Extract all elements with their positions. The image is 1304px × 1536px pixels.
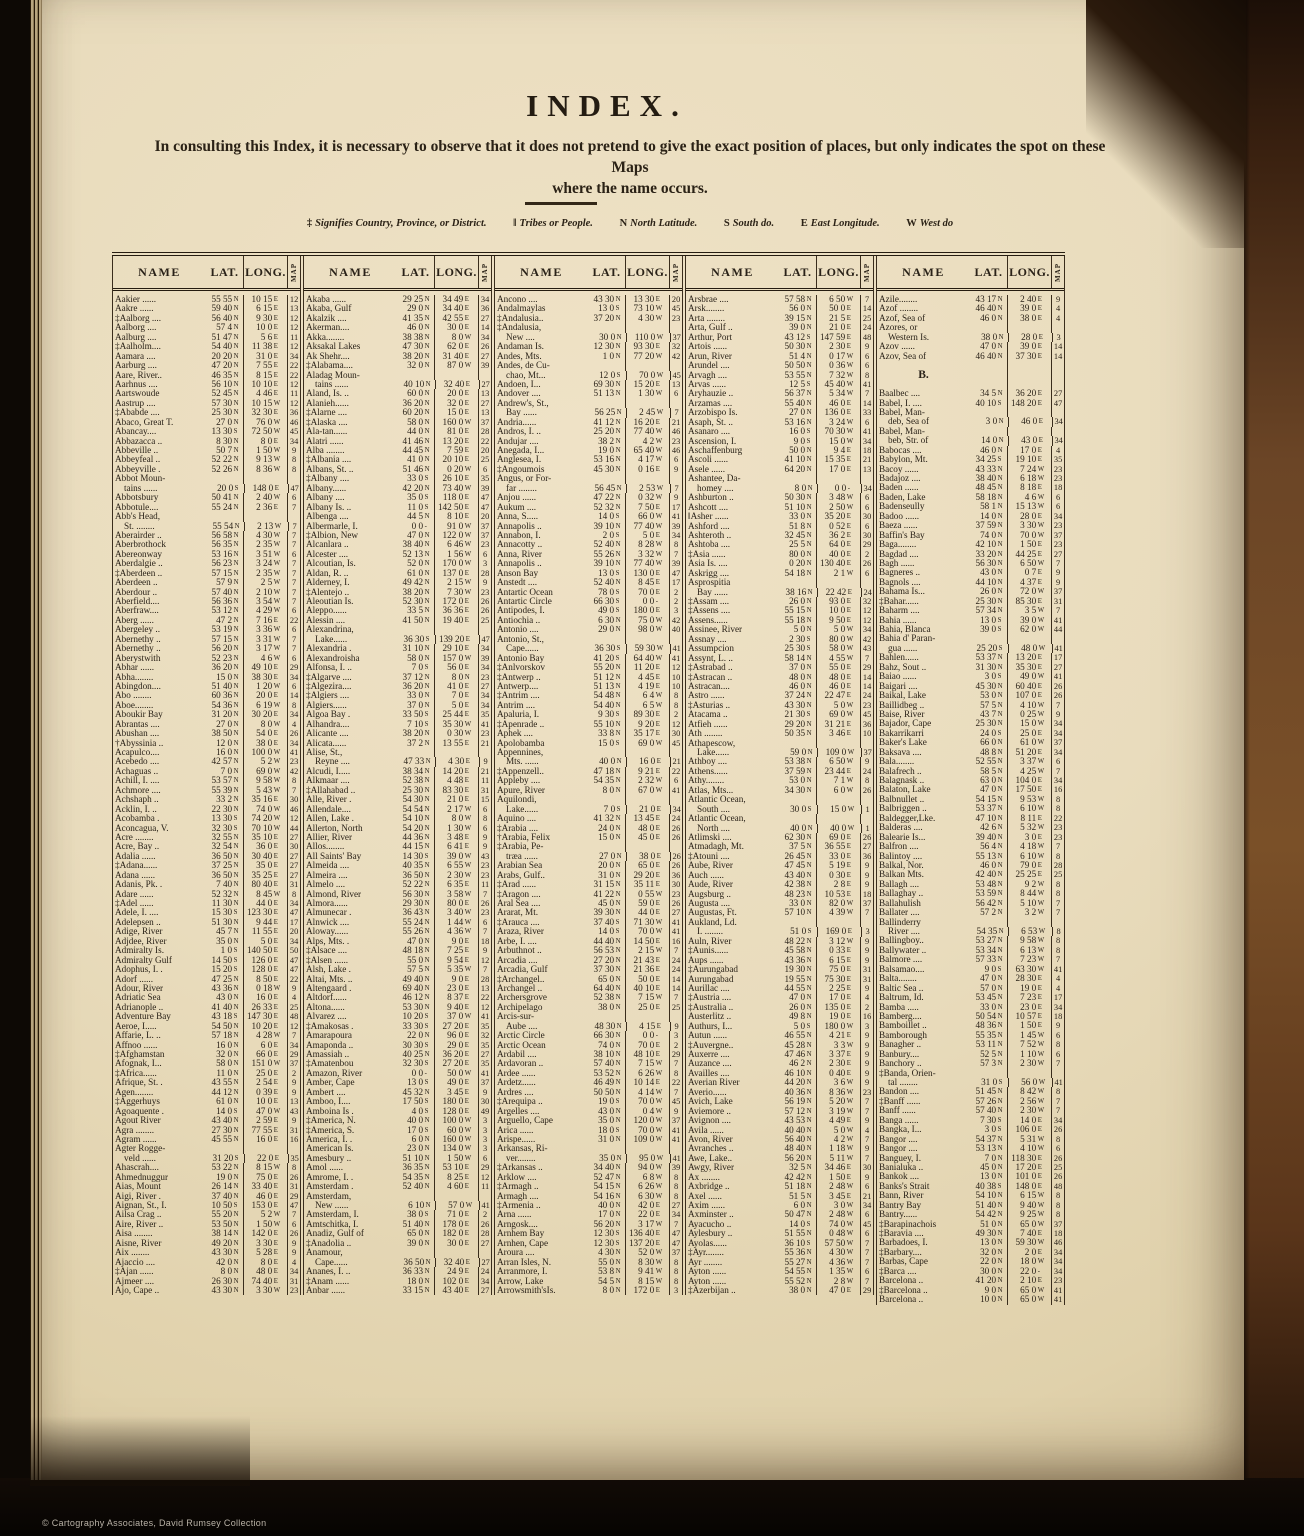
long-hemisphere: W — [463, 1069, 478, 1078]
map-number: 26 — [1051, 1172, 1064, 1181]
long-hemisphere: W — [1036, 1097, 1051, 1106]
long-hemisphere: E — [1036, 483, 1051, 492]
lat-hemisphere: S — [805, 333, 816, 342]
long-hemisphere: W — [272, 559, 287, 568]
map-number: 8 — [669, 540, 682, 549]
long-hemisphere: W — [272, 1220, 287, 1229]
long-hemisphere: W — [1036, 1295, 1051, 1304]
map-number: 25 — [287, 1003, 300, 1012]
map-number: 34 — [287, 710, 300, 719]
map-number: 11 — [287, 333, 300, 342]
map-number: 21 — [478, 767, 491, 776]
longitude: 15 0W — [817, 805, 861, 814]
long-hemisphere: E — [272, 691, 287, 700]
place-name: Arrowsmith'sIs. — [495, 1286, 588, 1295]
map-number: 2 — [669, 710, 682, 719]
map-number: 7 — [478, 890, 491, 899]
lat-hemisphere: N — [996, 1220, 1007, 1229]
map-number: 6 — [860, 1182, 873, 1191]
map-number: 27 — [669, 908, 682, 917]
map-number: 8 — [860, 371, 873, 380]
map-number: 9 — [1051, 578, 1064, 587]
lat-hemisphere: S — [233, 484, 244, 493]
lat-hemisphere: N — [423, 691, 434, 700]
long-hemisphere: E — [463, 1097, 478, 1106]
long-hemisphere: E — [463, 304, 478, 313]
long-value: 37 30 — [1008, 352, 1036, 361]
lat-hemisphere: N — [805, 1088, 816, 1097]
long-hemisphere: E — [1036, 748, 1051, 757]
long-hemisphere: W — [1036, 804, 1051, 813]
lat-hemisphere: S — [614, 512, 625, 521]
lat-hemisphere: N — [423, 767, 434, 776]
lat-hemisphere: N — [805, 776, 816, 785]
long-hemisphere: E — [845, 512, 860, 521]
long-value: 4 30 — [626, 314, 654, 323]
long-hemisphere: E — [654, 380, 669, 389]
long-value: 77 20 — [626, 352, 654, 361]
long-value: 25 0 — [626, 1003, 654, 1012]
map-number: 16 — [287, 1135, 300, 1144]
lat-hemisphere: N — [996, 1238, 1007, 1247]
long-hemisphere: E — [845, 522, 860, 531]
map-number: 7 — [669, 1059, 682, 1068]
long-hemisphere: W — [654, 389, 669, 398]
long-hemisphere: E — [1036, 1248, 1051, 1257]
long-hemisphere: W — [654, 493, 669, 502]
lat-hemisphere: N — [423, 427, 434, 436]
map-number: 13 — [478, 408, 491, 417]
lat-hemisphere: S — [424, 635, 435, 644]
long-hemisphere: E — [463, 474, 478, 483]
long-hemisphere: W — [845, 1078, 860, 1087]
lat-hemisphere: N — [614, 673, 625, 682]
map-number: 7 — [1051, 1059, 1064, 1068]
lat-hemisphere: N — [423, 323, 434, 332]
long-hemisphere: E — [1036, 1116, 1051, 1125]
lat-hemisphere: N — [996, 559, 1007, 568]
long-hemisphere: E — [845, 333, 860, 342]
map-number: 6 — [287, 493, 300, 502]
lat-value: 64 20 — [779, 465, 805, 474]
intro-text: In consulting this Index, it is necessar… — [140, 136, 1120, 199]
lat-hemisphere: N — [805, 946, 816, 955]
long-hemisphere: E — [272, 1116, 287, 1125]
long-hemisphere: W — [463, 333, 478, 342]
lat-value: 38 0 — [588, 1003, 614, 1012]
long-hemisphere: E — [1036, 1229, 1051, 1238]
lat-hemisphere — [232, 1144, 243, 1153]
map-number: 7 — [288, 522, 300, 531]
lat-hemisphere: N — [805, 559, 816, 568]
map-number: 37 — [478, 522, 491, 531]
lat-hemisphere: N — [232, 918, 243, 927]
lat-hemisphere: N — [614, 691, 625, 700]
map-number: 41 — [1052, 1078, 1064, 1087]
lat-hemisphere: N — [232, 399, 243, 408]
long-hemisphere: E — [845, 597, 860, 606]
map-number: 23 — [478, 588, 491, 597]
lat-hemisphere: N — [805, 975, 816, 984]
map-number: 2 — [478, 1210, 491, 1219]
map-number: 41 — [1051, 672, 1064, 681]
long-hemisphere: W — [1036, 1191, 1051, 1200]
long-value: 2 36 — [244, 503, 272, 512]
map-number: 23 — [669, 314, 682, 323]
map-number: 41 — [860, 427, 873, 436]
lat-hemisphere: N — [614, 1267, 625, 1276]
long-hemisphere: W — [1036, 1144, 1051, 1153]
lat-hemisphere: N — [805, 767, 816, 776]
lat-hemisphere: N — [805, 1031, 816, 1040]
map-number: 34 — [1051, 776, 1064, 785]
map-number: 8 — [1051, 804, 1064, 813]
long-hemisphere: W — [845, 361, 860, 370]
long-hemisphere: W — [1037, 927, 1052, 936]
header-lat: LAT. — [206, 265, 243, 280]
long-hemisphere: W — [845, 654, 860, 663]
map-number: 47 — [479, 635, 491, 644]
long-hemisphere: E — [272, 1022, 287, 1031]
map-number: 14 — [860, 682, 873, 691]
map-number: 23 — [1051, 540, 1064, 549]
map-number: 24 — [669, 814, 682, 823]
lat-hemisphere: N — [996, 946, 1007, 955]
longitude: 45 0E — [625, 833, 669, 842]
lat-hemisphere: N — [232, 880, 243, 889]
map-number — [1051, 918, 1064, 927]
map-number: 8 — [287, 776, 300, 785]
map-number — [1051, 323, 1064, 332]
lat-hemisphere: N — [423, 984, 434, 993]
lat-value: 43 30 — [206, 1286, 232, 1295]
long-value: 172 0 — [626, 1286, 654, 1295]
map-number: 36 — [669, 871, 682, 880]
long-hemisphere: W — [1036, 587, 1051, 596]
long-hemisphere — [654, 842, 669, 851]
lat-value: 46 40 — [970, 352, 996, 361]
map-number: 12 — [287, 814, 300, 823]
lat-hemisphere: N — [996, 748, 1007, 757]
lat-hemisphere: N — [996, 531, 1007, 540]
lat-hemisphere: N — [614, 295, 625, 304]
header-long: LONG. — [243, 256, 287, 288]
lat-hemisphere: N — [232, 418, 243, 427]
map-number: 41 — [669, 512, 682, 521]
map-number: 8 — [1051, 880, 1064, 889]
lat-hemisphere — [614, 1012, 625, 1021]
lat-value: 37 20 — [588, 314, 614, 323]
lat-value: 15 0 — [588, 833, 614, 842]
lat-hemisphere: N — [232, 333, 243, 342]
map-number: 26 — [478, 342, 491, 351]
lat-hemisphere: N — [614, 899, 625, 908]
map-number: 32 — [478, 1031, 491, 1040]
long-hemisphere: W — [1036, 1135, 1051, 1144]
lat-hemisphere: N — [232, 465, 243, 474]
map-number: 48 — [1051, 1182, 1064, 1191]
lat-hemisphere: S — [423, 474, 434, 483]
map-number: 9 — [478, 842, 491, 851]
map-number: 34 — [1051, 748, 1064, 757]
map-number: 45 — [669, 1097, 682, 1106]
lat-hemisphere — [232, 474, 243, 483]
long-hemisphere: W — [654, 427, 669, 436]
map-number: 3 — [478, 1126, 491, 1135]
lat-hemisphere: N — [805, 880, 816, 889]
map-number: 23 — [1051, 465, 1064, 474]
map-number: 22 — [1051, 814, 1064, 823]
map-number: 8 — [287, 890, 300, 899]
map-number: 47 — [669, 1239, 682, 1248]
lat-hemisphere: N — [423, 361, 434, 370]
lat-hemisphere: N — [614, 446, 625, 455]
lat-hemisphere: N — [232, 984, 243, 993]
long-hemisphere: E — [463, 701, 478, 710]
latitude: 37 20N — [588, 314, 625, 323]
lat-hemisphere: S — [615, 805, 626, 814]
map-number: 31 — [860, 965, 873, 974]
lat-hemisphere: N — [232, 588, 243, 597]
map-number: 31 — [860, 975, 873, 984]
lat-hemisphere: N — [424, 757, 435, 766]
map-number — [860, 739, 873, 748]
long-hemisphere: W — [654, 927, 669, 936]
long-hemisphere: W — [1036, 1106, 1051, 1115]
map-number: 8 — [669, 1267, 682, 1276]
map-number: 13 — [478, 984, 491, 993]
map-number: 10 — [860, 729, 873, 738]
lat-hemisphere: S — [805, 635, 816, 644]
map-number: 6 — [1051, 493, 1064, 502]
longitude: 2 30W — [1007, 1059, 1051, 1068]
lat-value: 55 24 — [206, 503, 232, 512]
long-hemisphere: W — [845, 1201, 860, 1210]
map-number: 11 — [478, 776, 491, 785]
map-number: 35 — [288, 1154, 300, 1163]
lat-hemisphere: S — [996, 965, 1007, 974]
lat-hemisphere: N — [805, 654, 816, 663]
lat-hemisphere: N — [232, 701, 243, 710]
long-value: 1 30 — [626, 389, 654, 398]
lat-hemisphere: S — [423, 493, 434, 502]
map-number — [478, 1248, 491, 1257]
map-number: 22 — [287, 371, 300, 380]
long-hemisphere: E — [272, 1201, 287, 1210]
map-number: 27 — [478, 399, 491, 408]
lat-hemisphere: N — [805, 871, 816, 880]
long-hemisphere: W — [1036, 889, 1051, 898]
map-number: 9 — [860, 1173, 873, 1182]
map-number: 8 — [1051, 946, 1064, 955]
long-value: 43 40 — [435, 1286, 463, 1295]
lat-value: 3 0 — [971, 417, 997, 426]
map-number: 9 — [1051, 1021, 1064, 1030]
lat-hemisphere: N — [996, 597, 1007, 606]
lat-hemisphere: N — [996, 842, 1007, 851]
latitude: 57 3N — [970, 1059, 1007, 1068]
map-number: 41 — [1051, 616, 1064, 625]
long-hemisphere: E — [1036, 455, 1051, 464]
longitude: 30 0E — [434, 1239, 478, 1248]
index-row: Ajo, Cape ..43 30N3 30W23 — [113, 1286, 300, 1295]
long-hemisphere: E — [463, 1031, 478, 1040]
lat-hemisphere: N — [423, 965, 434, 974]
lat-hemisphere: N — [423, 531, 434, 540]
map-number: 6 — [478, 824, 491, 833]
long-hemisphere: W — [654, 890, 669, 899]
lat-hemisphere: N — [996, 880, 1007, 889]
lat-hemisphere: N — [805, 418, 816, 427]
map-number: 27 — [287, 852, 300, 861]
lat-hemisphere: N — [423, 352, 434, 361]
lat-hemisphere: N — [423, 880, 434, 889]
lat-hemisphere: N — [232, 682, 243, 691]
long-hemisphere: W — [654, 918, 669, 927]
column-body: Azile........43 17N2 40E9Azof ........46… — [877, 291, 1064, 1305]
map-number: 34 — [1051, 1257, 1064, 1266]
lat-hemisphere: N — [805, 295, 816, 304]
map-number — [669, 748, 682, 757]
map-number: 31 — [287, 880, 300, 889]
long-hemisphere: W — [845, 1248, 860, 1257]
lat-hemisphere: N — [232, 739, 243, 748]
map-number: 35 — [478, 710, 491, 719]
long-hemisphere: W — [845, 295, 860, 304]
map-number: 6 — [860, 569, 873, 578]
index-column-2: NAMELAT.LONG.MAPAkaba ......29 25N34 49E… — [303, 256, 492, 1295]
lat-hemisphere: N — [996, 899, 1007, 908]
lat-hemisphere: N — [614, 946, 625, 955]
map-number: 2 — [669, 597, 682, 606]
long-hemisphere: W — [272, 597, 287, 606]
map-number: 13 — [287, 304, 300, 313]
long-hemisphere: E — [654, 871, 669, 880]
long-hemisphere: E — [654, 1003, 669, 1012]
long-hemisphere: W — [1036, 955, 1051, 964]
lat-hemisphere: N — [232, 1220, 243, 1229]
map-number: 8 — [669, 1182, 682, 1191]
long-hemisphere: W — [846, 748, 861, 757]
longitude: 65 0W — [1007, 1295, 1051, 1304]
lat-hemisphere: N — [615, 1154, 626, 1163]
lat-hemisphere: N — [232, 1059, 243, 1068]
lat-hemisphere — [614, 474, 625, 483]
lat-hemisphere: S — [423, 1126, 434, 1135]
map-number: 3 — [478, 1144, 491, 1153]
longitude: 13 55E — [434, 739, 478, 748]
lat-hemisphere: N — [805, 465, 816, 474]
longitude: 98 0W — [625, 625, 669, 634]
lat-hemisphere: S — [233, 1154, 244, 1163]
lat-hemisphere: N — [996, 521, 1007, 530]
lat-value: 39 0 — [970, 625, 996, 634]
map-number — [478, 1192, 491, 1201]
map-number: 7 — [287, 786, 300, 795]
long-hemisphere: E — [463, 342, 478, 351]
long-hemisphere: E — [845, 304, 860, 313]
long-hemisphere: W — [463, 465, 478, 474]
latitude: 39 0S — [970, 625, 1007, 634]
lat-hemisphere: N — [996, 342, 1007, 351]
lat-hemisphere: N — [423, 597, 434, 606]
long-hemisphere: W — [654, 352, 669, 361]
long-hemisphere: W — [463, 1126, 478, 1135]
map-number: 17 — [287, 918, 300, 927]
lat-hemisphere: N — [805, 786, 816, 795]
index-column-1: NAMELAT.LONG.MAPAakier ......55 55N10 15… — [112, 256, 301, 1295]
long-hemisphere: E — [463, 1041, 478, 1050]
map-number: 29 — [287, 663, 300, 672]
long-hemisphere: E — [1036, 1172, 1051, 1181]
map-number: 41 — [479, 1201, 491, 1210]
long-hemisphere: E — [1036, 578, 1051, 587]
long-hemisphere: W — [463, 1012, 478, 1021]
long-hemisphere: E — [654, 1286, 669, 1295]
lat-hemisphere: N — [806, 748, 817, 757]
map-number: 7 — [860, 1239, 873, 1248]
map-number: 12 — [860, 616, 873, 625]
lat-hemisphere: N — [805, 861, 816, 870]
map-number: 26 — [860, 786, 873, 795]
map-number: 45 — [670, 371, 682, 380]
long-hemisphere: W — [845, 1022, 860, 1031]
lat-hemisphere: S — [423, 1041, 434, 1050]
lat-hemisphere: N — [232, 673, 243, 682]
longitude: 69 0W — [625, 739, 669, 748]
long-hemisphere: W — [845, 937, 860, 946]
map-number: 41 — [1051, 965, 1064, 974]
long-hemisphere: W — [654, 946, 669, 955]
map-number: 34 — [287, 352, 300, 361]
lat-hemisphere: N — [232, 757, 243, 766]
long-hemisphere: E — [272, 1258, 287, 1267]
lat-hemisphere: N — [996, 446, 1007, 455]
place-name: Azov, Sea of — [877, 352, 970, 361]
lat-hemisphere: N — [805, 691, 816, 700]
lat-hemisphere: N — [996, 663, 1007, 672]
long-hemisphere: W — [272, 625, 287, 634]
map-number: 2 — [287, 1069, 300, 1078]
map-number — [669, 361, 682, 370]
lat-hemisphere: N — [805, 1229, 816, 1238]
map-number: 23 — [478, 861, 491, 870]
long-hemisphere: E — [272, 908, 287, 917]
lat-hemisphere: N — [805, 512, 816, 521]
long-hemisphere: E — [272, 333, 287, 342]
long-hemisphere: W — [654, 993, 669, 1002]
lat-hemisphere: N — [614, 342, 625, 351]
long-hemisphere: W — [1037, 1078, 1052, 1087]
lat-hemisphere — [996, 918, 1007, 927]
map-number: 39 — [669, 1163, 682, 1172]
map-number: 18 — [860, 890, 873, 899]
map-number: 3 — [669, 1286, 682, 1295]
lat-hemisphere: N — [423, 701, 434, 710]
map-number: 23 — [669, 437, 682, 446]
lat-hemisphere: N — [614, 559, 625, 568]
long-hemisphere: E — [845, 540, 860, 549]
long-hemisphere — [845, 814, 860, 823]
long-hemisphere: E — [463, 323, 478, 332]
map-number: 34 — [478, 333, 491, 342]
map-number: 17 — [669, 503, 682, 512]
latitude: 38 0N — [779, 1286, 816, 1295]
long-hemisphere: W — [463, 1116, 478, 1125]
lat-hemisphere: N — [232, 597, 243, 606]
map-number: 43 — [860, 644, 873, 653]
map-number: 1 — [861, 824, 873, 833]
